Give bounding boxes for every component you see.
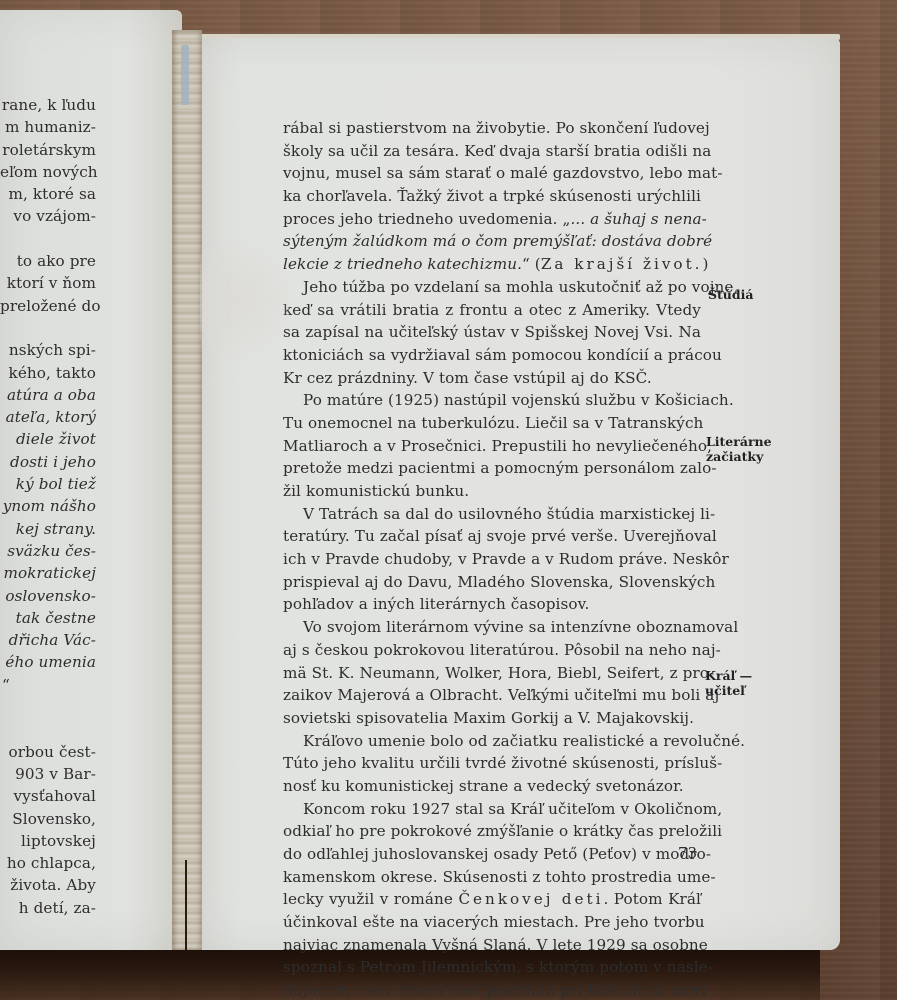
quote-source: Za krajší život. [541, 255, 703, 273]
text-line: liptovskej [0, 830, 96, 852]
text-line: zaikov Majerová a Olbracht. Veľkými učit… [283, 684, 701, 707]
text-line: proces jeho triedneho uvedomenia. „... a… [283, 208, 701, 231]
text-line: kého, takto [0, 362, 96, 384]
text-line: prispieval aj do Davu, Mladého Slovenska… [283, 571, 701, 594]
text-line: aj s českou pokrokovou literatúrou. Pôso… [283, 639, 701, 662]
text-line: lekcie z triedneho katechizmu.“ (Za kraj… [283, 253, 701, 276]
text-line: ka chorľavela. Ťažký život a trpké skúse… [283, 185, 701, 208]
text-line: školy sa učil za tesára. Keď dvaja starš… [283, 140, 701, 163]
text-line: “ [0, 674, 96, 696]
text-line: Po matúre (1925) nastúpil vojenskú služb… [283, 389, 701, 412]
text-line: Túto jeho kvalitu určili tvrdé životné s… [283, 752, 701, 775]
text-line: odkiaľ ho pre pokrokové zmýšľanie o krát… [283, 820, 701, 843]
text-line: tak čestne [0, 607, 96, 629]
text-line: najviac znamenala Vyšná Slaná. V lete 19… [283, 934, 701, 957]
text-line: ich v Pravde chudoby, v Pravde a v Rudom… [283, 548, 701, 571]
margin-note-literarne-zaciatky: Literárne začiatky [706, 434, 772, 464]
text-line: ateľa, ktorý [0, 406, 96, 428]
text-line: Jeho túžba po vzdelaní sa mohla uskutočn… [283, 276, 701, 299]
text-line: kamenskom okrese. Skúsenosti z tohto pro… [283, 866, 701, 889]
text-line: žil komunistickú bunku. [283, 480, 701, 503]
left-page-text: rane, k ľudu m humaniz- roletárskym eľom… [0, 94, 96, 919]
text-line: mokratickej [0, 562, 96, 584]
margin-note-kral-ucitel: Kráľ — učiteľ [705, 668, 752, 698]
text-line: preložené do [0, 295, 96, 317]
text-line: sovietski spisovatelia Maxim Gorkij a V.… [283, 707, 701, 730]
text-line: keď sa vrátili bratia z frontu a otec z … [283, 299, 701, 322]
margin-note-studia: Štúdiá [708, 287, 753, 302]
text-line: teratúry. Tu začal písať aj svoje prvé v… [283, 525, 701, 548]
text-line: vo vzájom- [0, 205, 96, 227]
text-line: ktorí v ňom [0, 272, 96, 294]
text-line: Slovensko, [0, 808, 96, 830]
text-line [0, 317, 96, 339]
text-line: vojnu, musel sa sám starať o malé gazdov… [283, 162, 701, 185]
text-line: života. Aby [0, 874, 96, 896]
text-line: sväzku čes- [0, 540, 96, 562]
text-line: Koncom roku 1927 stal sa Kráľ učiteľom v… [283, 798, 701, 821]
text-line: 903 v Bar- [0, 763, 96, 785]
text-line: dřicha Vác- [0, 629, 96, 651]
text-line: lecky využil v románe Čenkovej deti. Pot… [283, 888, 701, 911]
text-line: atúra a oba [0, 384, 96, 406]
text-line: ký bol tiež [0, 473, 96, 495]
text-line: dosti i jeho [0, 451, 96, 473]
text-line: pretože medzi pacientmi a pomocným perso… [283, 457, 701, 480]
text-line: Kr cez prázdniny. V tom čase vstúpil aj … [283, 367, 701, 390]
right-page-text: rábal si pastierstvom na živobytie. Po s… [283, 117, 701, 1000]
spine-crack [185, 860, 187, 950]
text-line: Matliaroch a v Prosečnici. Prepustili ho… [283, 435, 701, 458]
text-line: Kráľovo umenie bolo od začiatku realisti… [283, 730, 701, 753]
text-line: oslovensko- [0, 585, 96, 607]
text-line: ho chlapca, [0, 852, 96, 874]
text-line: spoznal s Petrom Jilemnickým, s ktorým p… [283, 956, 701, 979]
text-line: mä St. K. Neumann, Wolker, Hora, Biebl, … [283, 662, 701, 685]
text-line: Vo svojom literárnom vývine sa intenzívn… [283, 616, 701, 639]
text-line: sa zapísal na učiteľský ústav v Spišskej… [283, 321, 701, 344]
text-line: nských spi- [0, 339, 96, 361]
text-line: ktoniciách sa vydržiaval sám pomocou kon… [283, 344, 701, 367]
text-line: ého umenia [0, 651, 96, 673]
quote-italic: ... a šuhaj s nena- [570, 210, 706, 228]
page-number: 73 [678, 844, 697, 862]
text-line: rane, k ľudu [0, 94, 96, 116]
margin-note-label: učiteľ [705, 683, 752, 698]
text-line: orbou čest- [0, 741, 96, 763]
margin-note-label: Štúdiá [708, 287, 753, 302]
text-line: m, ktoré sa [0, 183, 96, 205]
text-line: m humaniz- [0, 116, 96, 138]
text-line: Tu onemocnel na tuberkulózu. Liečil sa v… [283, 412, 701, 435]
text-line: dujúcom roku strávil časť prázdnin pri B… [283, 979, 701, 1000]
text-line [0, 228, 96, 250]
text-line [0, 696, 96, 718]
text-line: kej strany. [0, 518, 96, 540]
text-line: nosť ku komunistickej strane a vedecký s… [283, 775, 701, 798]
margin-note-label: Literárne [706, 434, 772, 449]
margin-note-label: Kráľ — [705, 668, 752, 683]
text-line: h detí, za- [0, 897, 96, 919]
margin-note-label: začiatky [706, 449, 772, 464]
text-line: to ako pre [0, 250, 96, 272]
text-line: roletárskym [0, 139, 96, 161]
text-line: pohľadov a iných literárnych časopisov. [283, 593, 701, 616]
text-line: vysťahoval [0, 785, 96, 807]
text-line: do odľahlej juhoslovanskej osady Pető (P… [283, 843, 701, 866]
text-line: účinkoval ešte na viacerých miestach. Pr… [283, 911, 701, 934]
text-line: diele život [0, 428, 96, 450]
text-line: V Tatrách sa dal do usilovného štúdia ma… [283, 503, 701, 526]
text-line: eľom nových [0, 161, 96, 183]
book-spine [172, 30, 202, 950]
text-line: sýteným žalúdkom má o čom premýšľať: dos… [283, 230, 701, 253]
spine-tape [181, 45, 189, 105]
text-line: ynom nášho [0, 495, 96, 517]
quote-italic: lekcie z triedneho katechizmu. [283, 255, 522, 273]
text-line: rábal si pastierstvom na živobytie. Po s… [283, 117, 701, 140]
torn-paper-area [200, 240, 290, 360]
text-line [0, 718, 96, 740]
novel-title: Čenkovej deti [458, 890, 603, 908]
